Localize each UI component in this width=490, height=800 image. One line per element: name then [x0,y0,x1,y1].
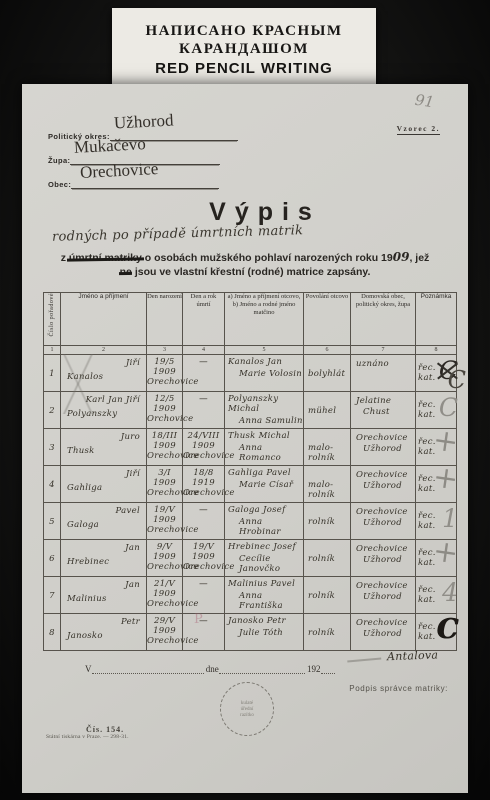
cell-death: — [183,614,225,651]
cell-row-number: 1 [44,355,61,392]
cell-row-number: 7 [44,577,61,614]
page-number-pencil: 91 [414,91,435,111]
remark-mark: 1 [442,504,458,534]
header-domovska-obec: Domovská obec, politický okres, župa [351,293,416,346]
cell-occupation: rolník [304,540,351,577]
intro-line-1: z úmrtní matriky o osobách mužského pohl… [30,250,460,265]
cell-row-number: 3 [44,429,61,466]
field-value-okres: Užhorod [114,110,174,133]
margin-mark: C [448,366,466,394]
cell-birth: 3/I1909Orechovice [147,466,183,503]
header-den-narozeni: Den narození [147,293,183,346]
table-row: 8 PetrJanosko 29/V1909Orechovice — Janos… [44,614,457,651]
table-row: 5 PavelGaloga 19/V1909Orechovice — Galog… [44,503,457,540]
intro-line-2-text: jsou ve vlastní křestní (rodné) matrice … [135,266,371,278]
cell-occupation: bolyhlát [304,355,351,392]
header-rodice: a) Jméno a příjmení otcovo,b) Jméno a ro… [225,293,304,346]
cell-name: JanHrebinec [61,540,147,577]
cell-parents: Janosko PetrJulie Tóth [225,614,304,651]
cell-parents: Galoga JosefAnna Hrobinar [225,503,304,540]
cell-occupation: rolník [304,577,351,614]
document-title: Výpis [22,198,468,227]
place-date-line: V dne 192 [85,664,335,674]
cell-name: PavelGaloga [61,503,147,540]
cell-row-number: 8 [44,614,61,651]
table-row: 1 JiříKanalos 19/51909Orechovice — Kanal… [44,355,457,392]
cell-death: 19/V1909Orechovice [183,540,225,577]
cell-home: OrechoviceUžhorod [351,503,416,540]
label-line-ru-2: КАРАНДАШОМ [112,40,376,58]
remark-mark: + [431,425,460,458]
cell-parents: Gahliga PavelMarie Císař [225,466,304,503]
cell-parents: Malinius PavelAnna Františka [225,577,304,614]
cell-occupation: malo- rolník [304,429,351,466]
cell-remark: řec. kat.+ [416,466,457,503]
cell-name: JuroThusk [61,429,147,466]
document-page: 91 Vzorec 2. Politický okres: Užhorod Žu… [22,84,468,793]
cell-row-number: 5 [44,503,61,540]
intro-suffix: , jež [409,252,429,264]
cell-name: Karl Jan JiříPolyanszky [61,392,147,429]
cell-home: uznáno [351,355,416,392]
cell-name: JanMalinius [61,577,147,614]
intro-line-2: ne jsou ve vlastní křestní (rodné) matri… [30,265,460,279]
cell-remark: řec. kat.+ [416,540,457,577]
label-line-ru-1: НАПИСАНО КРАСНЫМ [112,22,376,40]
header-poznamka: Poznámka [416,293,457,346]
cell-occupation: malo- rolník [304,466,351,503]
struck-word: ne [120,266,132,278]
cell-occupation: rolník [304,503,351,540]
cell-death: — [183,503,225,540]
cell-name: JiříGahliga [61,466,147,503]
cell-row-number: 2 [44,392,61,429]
remark-mark: + [431,462,460,495]
cell-home: OrechoviceUžhorod [351,577,416,614]
table-header-row: Číslo pořadové Jméno a příjmení Den naro… [44,293,457,346]
cell-death: — [183,577,225,614]
field-label: Obec: [48,180,71,189]
cell-name: PetrJanosko [61,614,147,651]
printer-imprint: Státní tiskárna v Praze. — 298-31. [46,734,129,740]
field-value-zupa: Mukačevo [74,134,147,158]
cell-birth: 21/V1909Orechovice [147,577,183,614]
cell-birth: 9/V1909Orechovice [147,540,183,577]
table-row: 4 JiříGahliga 3/I1909Orechovice 18/81919… [44,466,457,503]
cell-name: JiříKanalos [61,355,147,392]
cell-parents: Polyanszky MichalAnna Samulin [225,392,304,429]
header-povolani: Povolání otcovo [304,293,351,346]
remark-mark: C [437,615,459,645]
form-code: Vzorec 2. [397,124,440,135]
cell-home: JelatineChust [351,392,416,429]
cell-death: — [183,392,225,429]
cell-home: OrechoviceUžhorod [351,466,416,503]
intro-prefix: z [61,252,66,264]
header-cislo-poradove: Číslo pořadové [44,293,61,346]
cell-home: OrechoviceUžhorod [351,429,416,466]
header-jmeno: Jméno a příjmení [61,293,147,346]
cell-death: 24/VIII1909Orechovice [183,429,225,466]
cell-row-number: 4 [44,466,61,503]
cell-birth: 29/V1909Orechovice [147,614,183,651]
cell-occupation: mühel [304,392,351,429]
faded-p-stamp: P [194,612,203,627]
cell-death: — [183,355,225,392]
remark-mark: C [439,393,458,423]
remark-mark: 4 [442,578,458,608]
cell-parents: Kanalos JanMarie Volosin [225,355,304,392]
table-row: 6 JanHrebinec 9/V1909Orechovice 19/V1909… [44,540,457,577]
struck-words: úmrtní matriky [69,252,142,264]
field-label: Župa: [48,156,70,165]
cell-home: OrechoviceUžhorod [351,540,416,577]
column-number-row: 12 34 56 78 [44,346,457,355]
header-den-umrti: Den a rok úmrtí [183,293,225,346]
register-table: Číslo pořadové Jméno a příjmení Den naro… [43,292,457,651]
field-value-obec: Orechovice [80,159,159,183]
intro-mid: o osobách mužského pohlaví narozených ro… [145,252,393,264]
official-stamp-placeholder: kulaté úřední razítko [220,682,274,736]
cell-occupation: rolník [304,614,351,651]
cell-parents: Hrebinec JosefCecílie Janovčko [225,540,304,577]
scribbled-out-word [346,651,381,663]
cell-birth: 18/III1909Orechovice [147,429,183,466]
cell-birth: 19/V1909Orechovice [147,503,183,540]
signature-label: Podpis správce matriky: [349,684,448,693]
year-prefix: 192 [307,664,321,674]
label-line-en: RED PENCIL WRITING [112,60,376,77]
form-number: Čís. 154. [86,725,124,734]
cell-remark: řec. kat.C [416,614,457,651]
cell-row-number: 6 [44,540,61,577]
handwritten-year: 09 [393,250,410,264]
cell-home: OrechoviceUžhorod [351,614,416,651]
cell-remark: řec. kat.4 [416,577,457,614]
table-row: 2 Karl Jan JiříPolyanszky 12/51909Orchov… [44,392,457,429]
red-pencil-label: НАПИСАНО КРАСНЫМ КАРАНДАШОМ RED PENCIL W… [112,8,376,86]
pencil-note: Antalova [346,648,438,664]
table-row: 7 JanMalinius 21/V1909Orechovice — Malin… [44,577,457,614]
cell-death: 18/81919Orechovice [183,466,225,503]
cell-birth: 19/51909Orechovice [147,355,183,392]
date-word: dne [206,664,219,674]
remark-mark: + [431,536,460,569]
cell-parents: Thusk MichalAnna Romanco [225,429,304,466]
photo-background: НАПИСАНО КРАСНЫМ КАРАНДАШОМ RED PENCIL W… [0,0,490,800]
cell-birth: 12/51909Orchovice [147,392,183,429]
table-row: 3 JuroThusk 18/III1909Orechovice 24/VIII… [44,429,457,466]
